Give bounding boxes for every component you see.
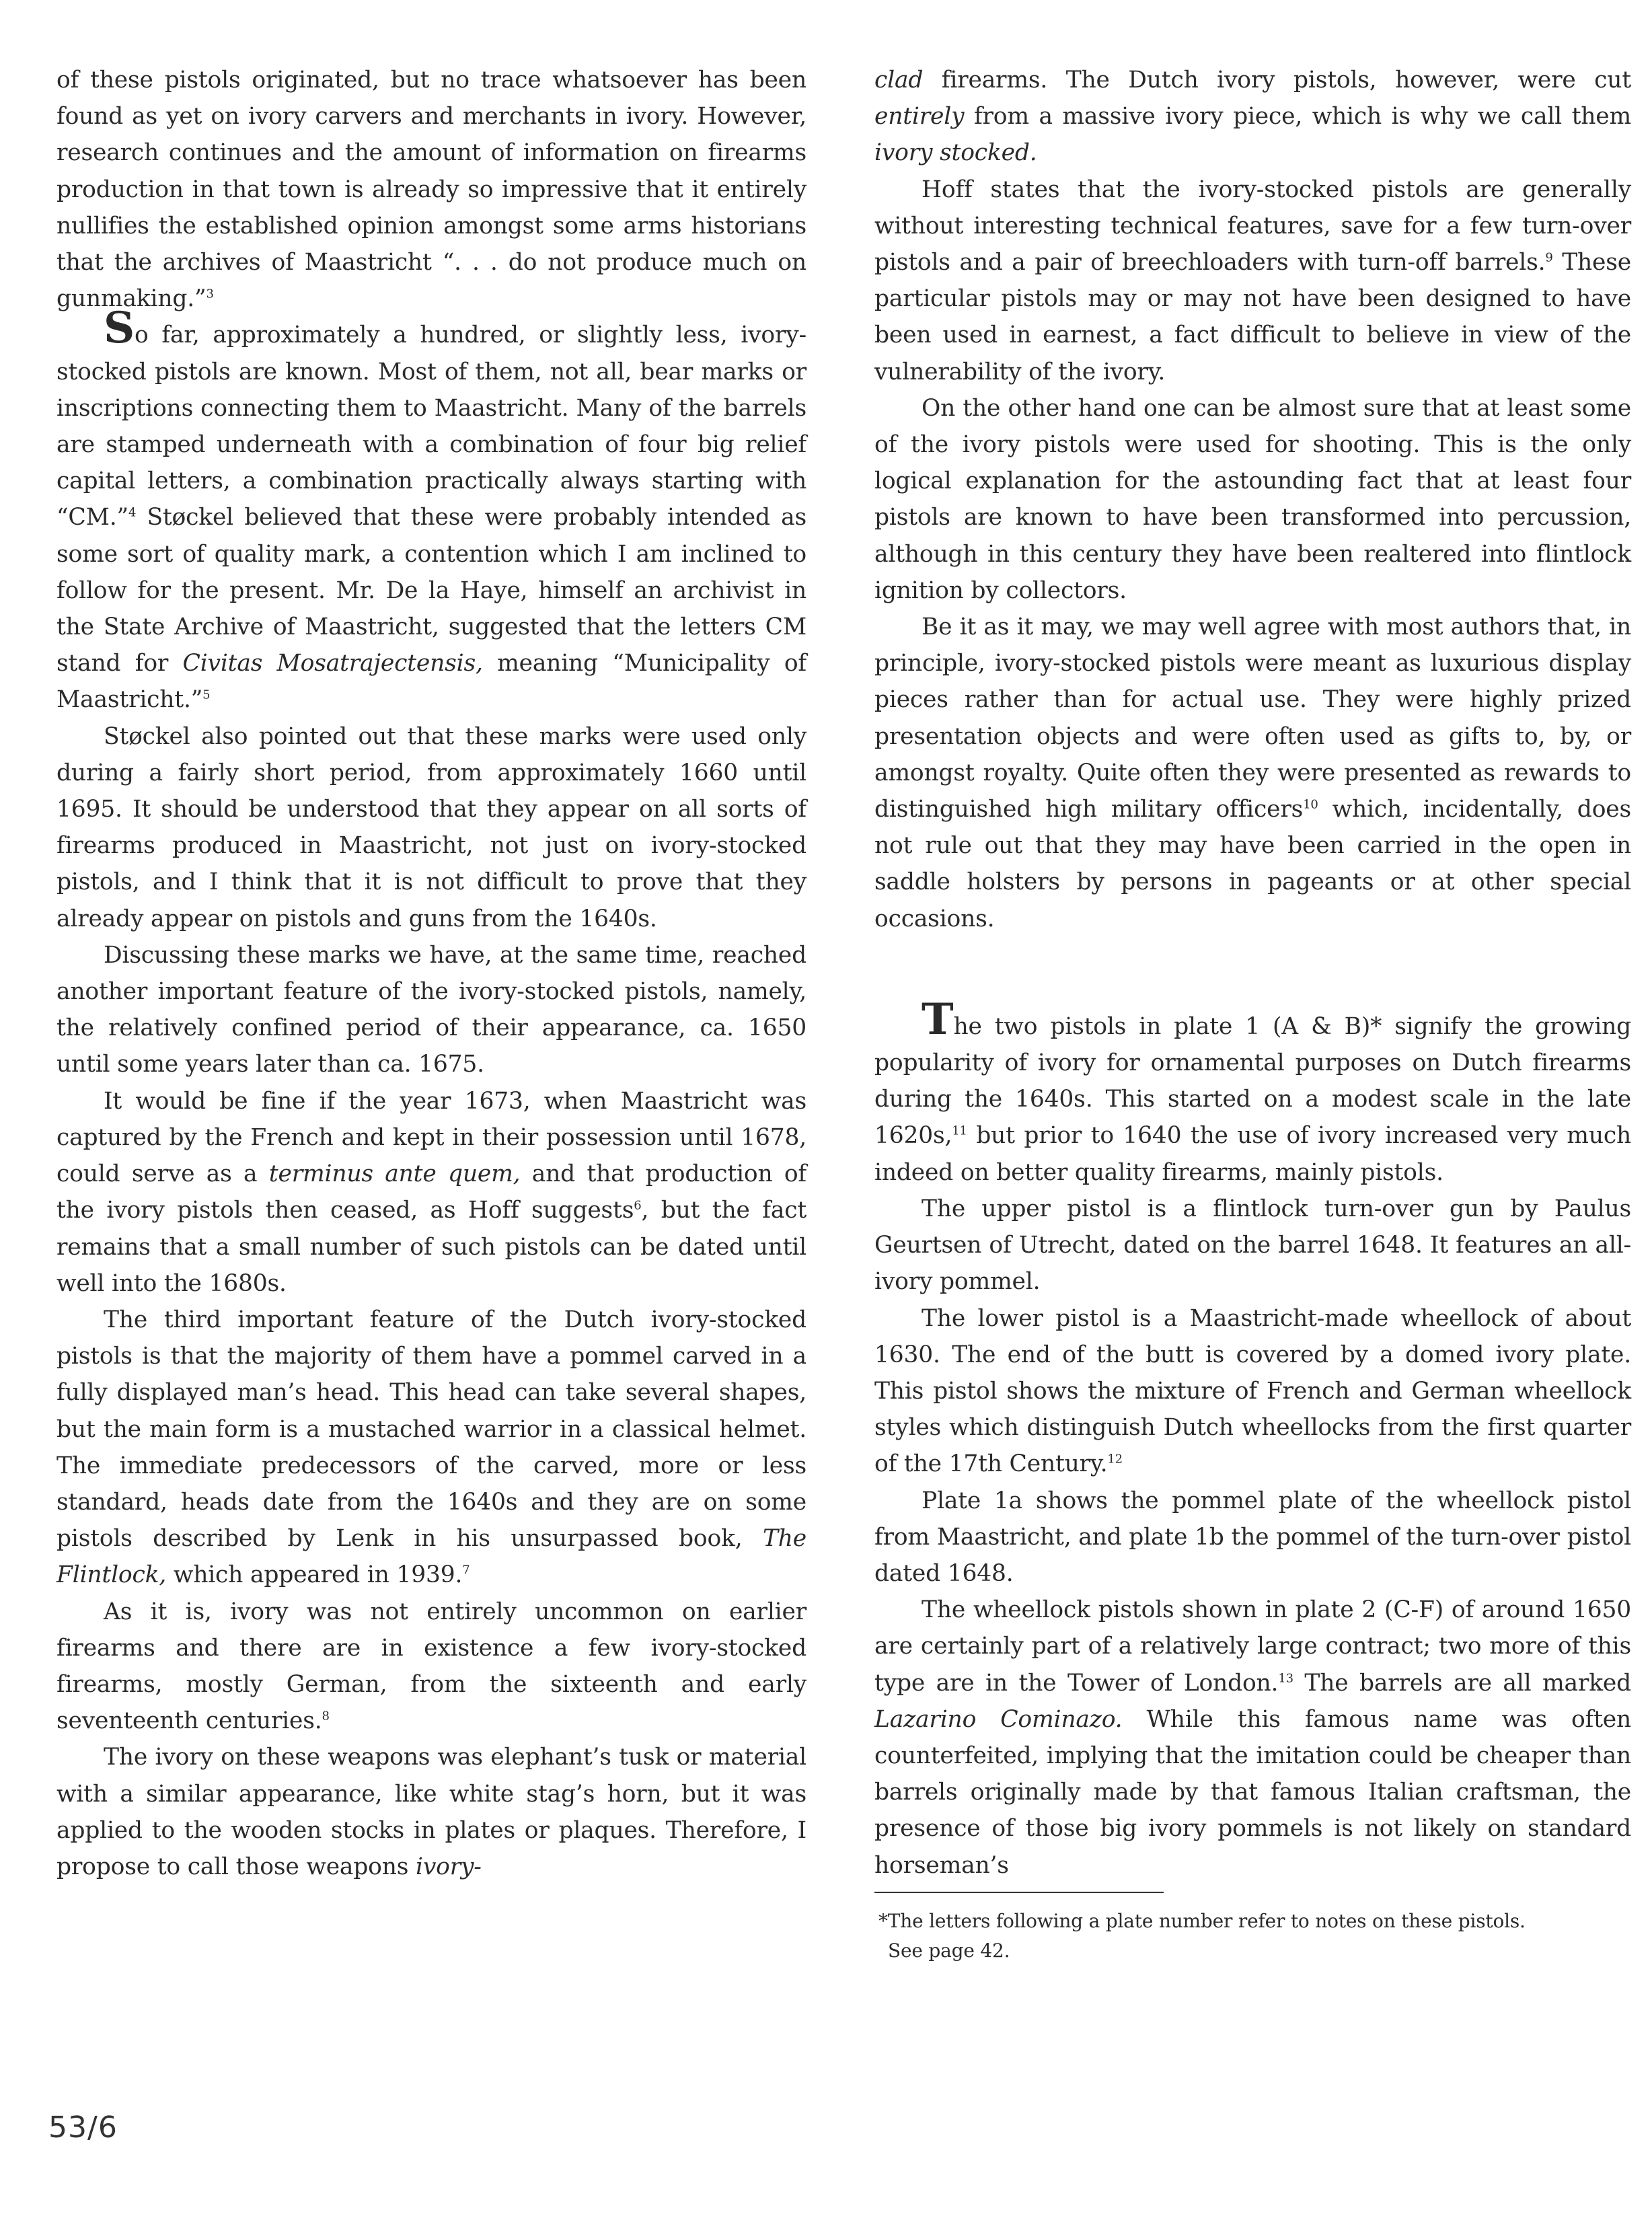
footnote-divider (874, 1892, 1164, 1893)
left-column: of these pistols originated, but no trac… (57, 62, 806, 1885)
footnote-ref: 7 (462, 1563, 470, 1578)
paragraph: Hoff states that the ivory-stocked pisto… (874, 172, 1631, 390)
paragraph-text: from a massive ivory piece, which is why… (964, 103, 1631, 130)
italic-text: entirely (874, 103, 964, 130)
section-gap (874, 937, 1631, 1008)
paragraph-text: The lower pistol is a Maastricht-made wh… (874, 1305, 1631, 1478)
footnote-ref: 3 (206, 287, 213, 301)
paragraph-text: but prior to 1640 the use of ivory incre… (874, 1122, 1631, 1185)
footnote-ref: 9 (1545, 251, 1552, 265)
footnote-ref: 13 (1278, 1671, 1293, 1685)
paragraph-text: o far, approximately a hundred, or sligh… (57, 322, 806, 531)
paragraph: So far, approximately a hundred, or slig… (57, 317, 806, 718)
footnote-text: See page 42. (878, 1936, 1631, 1966)
footnote: *The letters following a plate number re… (874, 1907, 1631, 1966)
italic-text: ivory stocked. (874, 139, 1037, 166)
italic-text: Civitas Mosatrajectensis, (183, 650, 483, 677)
italic-text: Lazarino Cominazo. (874, 1706, 1122, 1733)
footnote-ref: 12 (1107, 1452, 1123, 1467)
footnote-ref: 8 (322, 1709, 329, 1724)
footnote-text: *The letters following a plate number re… (878, 1910, 1526, 1932)
paragraph-text: firearms. The Dutch ivory pistols, howev… (923, 67, 1631, 94)
paragraph-text: Be it as it may, we may well agree with … (874, 614, 1631, 823)
right-column: clad firearms. The Dutch ivory pistols, … (874, 62, 1631, 1966)
footnote-ref: 6 (634, 1199, 641, 1213)
paragraph: On the other hand one can be almost sure… (874, 390, 1631, 609)
paragraph: As it is, ivory was not entirely uncommo… (57, 1594, 806, 1740)
paragraph: It would be fine if the year 1673, when … (57, 1083, 806, 1302)
paragraph: The third important feature of the Dutch… (57, 1302, 806, 1594)
footnote-ref: 5 (202, 688, 210, 702)
paragraph: clad firearms. The Dutch ivory pistols, … (874, 62, 1631, 172)
italic-text: clad (874, 67, 923, 94)
paragraph: The wheellock pistols shown in plate 2 (… (874, 1592, 1631, 1884)
paragraph: Discussing these marks we have, at the s… (57, 937, 806, 1083)
italic-text: ivory- (416, 1853, 482, 1880)
paragraph: The two pistols in plate 1 (A & B)* sign… (874, 1008, 1631, 1191)
paragraph-text: As it is, ivory was not entirely uncommo… (57, 1598, 806, 1735)
paragraph: The upper pistol is a flintlock turn-ove… (874, 1191, 1631, 1300)
italic-text: terminus ante quem, (269, 1160, 521, 1187)
paragraph: Støckel also pointed out that these mark… (57, 718, 806, 937)
paragraph: Plate 1a shows the pommel plate of the w… (874, 1483, 1631, 1592)
drop-cap: T (922, 994, 953, 1045)
paragraph-text: which appeared in 1939. (166, 1561, 462, 1588)
footnote-ref: 11 (952, 1124, 967, 1138)
paragraph: of these pistols originated, but no trac… (57, 62, 806, 317)
paragraph-text: The third important feature of the Dutch… (57, 1306, 806, 1552)
paragraph-text: The barrels are all marked (1293, 1670, 1631, 1697)
footnote-ref: 10 (1303, 798, 1318, 812)
paragraph: Be it as it may, we may well agree with … (874, 609, 1631, 937)
footnote-ref: 4 (128, 506, 136, 520)
page-number: 53/6 (48, 2110, 118, 2145)
paragraph: The ivory on these weapons was elephant’… (57, 1739, 806, 1885)
drop-cap: S (104, 303, 135, 353)
paragraph-text: of these pistols originated, but no trac… (57, 67, 806, 312)
paragraph: The lower pistol is a Maastricht-made wh… (874, 1300, 1631, 1483)
paragraph-text: Hoff states that the ivory-stocked pisto… (874, 176, 1631, 276)
